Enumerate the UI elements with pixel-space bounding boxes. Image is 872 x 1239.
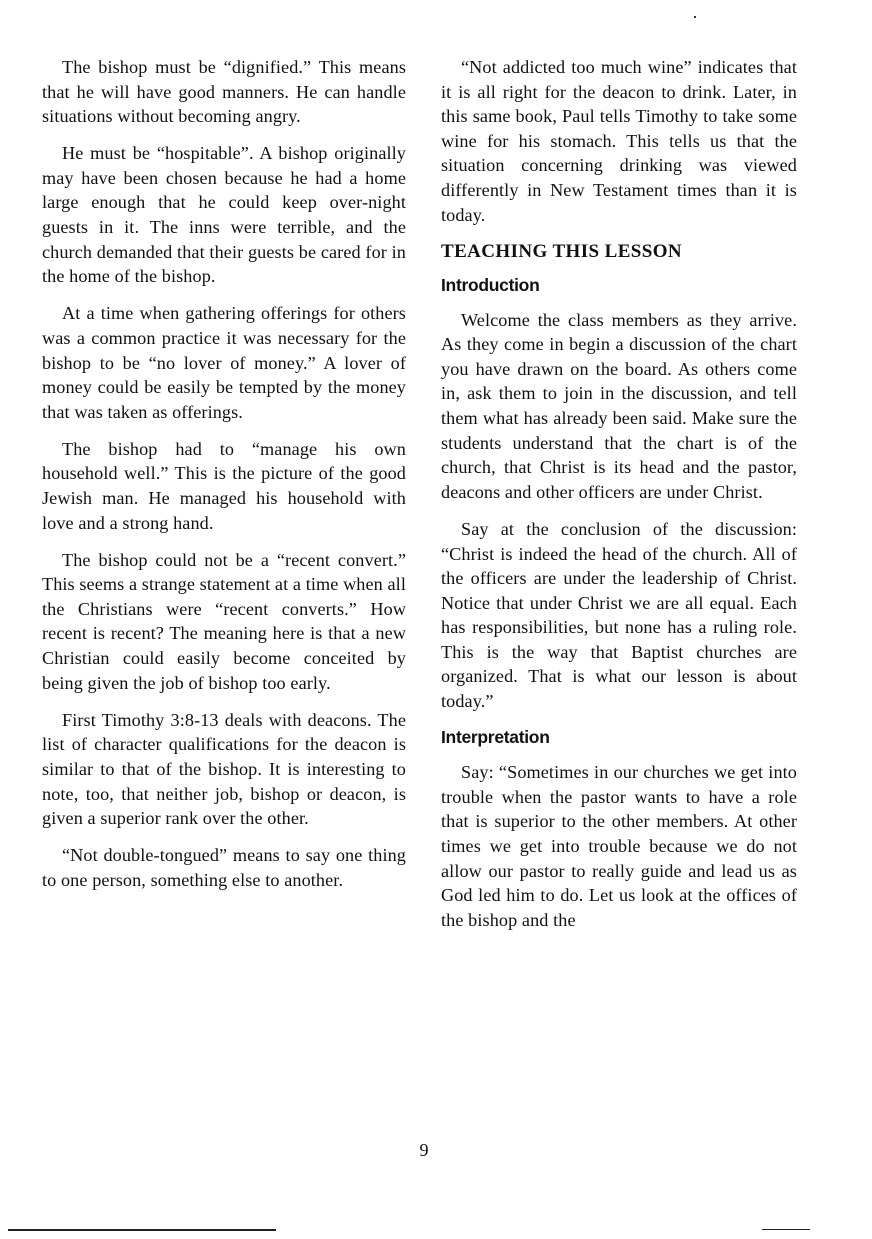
paragraph-lover-of-money: At a time when gathering offerings for o… xyxy=(42,301,406,424)
subheading-introduction: Introduction xyxy=(441,274,797,296)
scan-artifact-line xyxy=(8,1229,276,1231)
paragraph-manage-household: The bishop had to “manage his own househ… xyxy=(42,437,406,535)
section-heading-teaching-this-lesson: TEACHING THIS LESSON xyxy=(441,240,797,264)
paragraph-bishop-hospitable: He must be “hospitable”. A bishop origin… xyxy=(42,141,406,289)
scan-artifact-line xyxy=(762,1229,810,1230)
left-column: The bishop must be “dignified.” This mea… xyxy=(42,55,406,905)
paragraph-sometimes-trouble: Say: “Sometimes in our churches we get i… xyxy=(441,760,797,932)
paragraph-bishop-dignified: The bishop must be “dignified.” This mea… xyxy=(42,55,406,129)
paragraph-conclusion-discussion: Say at the conclusion of the discussion:… xyxy=(441,517,797,714)
page-number: 9 xyxy=(0,1140,848,1161)
paragraph-deacons: First Timothy 3:8-13 deals with deacons.… xyxy=(42,708,406,831)
paragraph-recent-convert: The bishop could not be a “recent conver… xyxy=(42,548,406,696)
subheading-interpretation: Interpretation xyxy=(441,726,797,748)
scan-speck xyxy=(694,16,696,18)
paragraph-welcome-class: Welcome the class members as they arrive… xyxy=(441,308,797,505)
paragraph-double-tongued: “Not double-tongued” means to say one th… xyxy=(42,843,406,892)
right-column: “Not addicted too much wine” indicates t… xyxy=(441,55,797,945)
paragraph-wine: “Not addicted too much wine” indicates t… xyxy=(441,55,797,227)
